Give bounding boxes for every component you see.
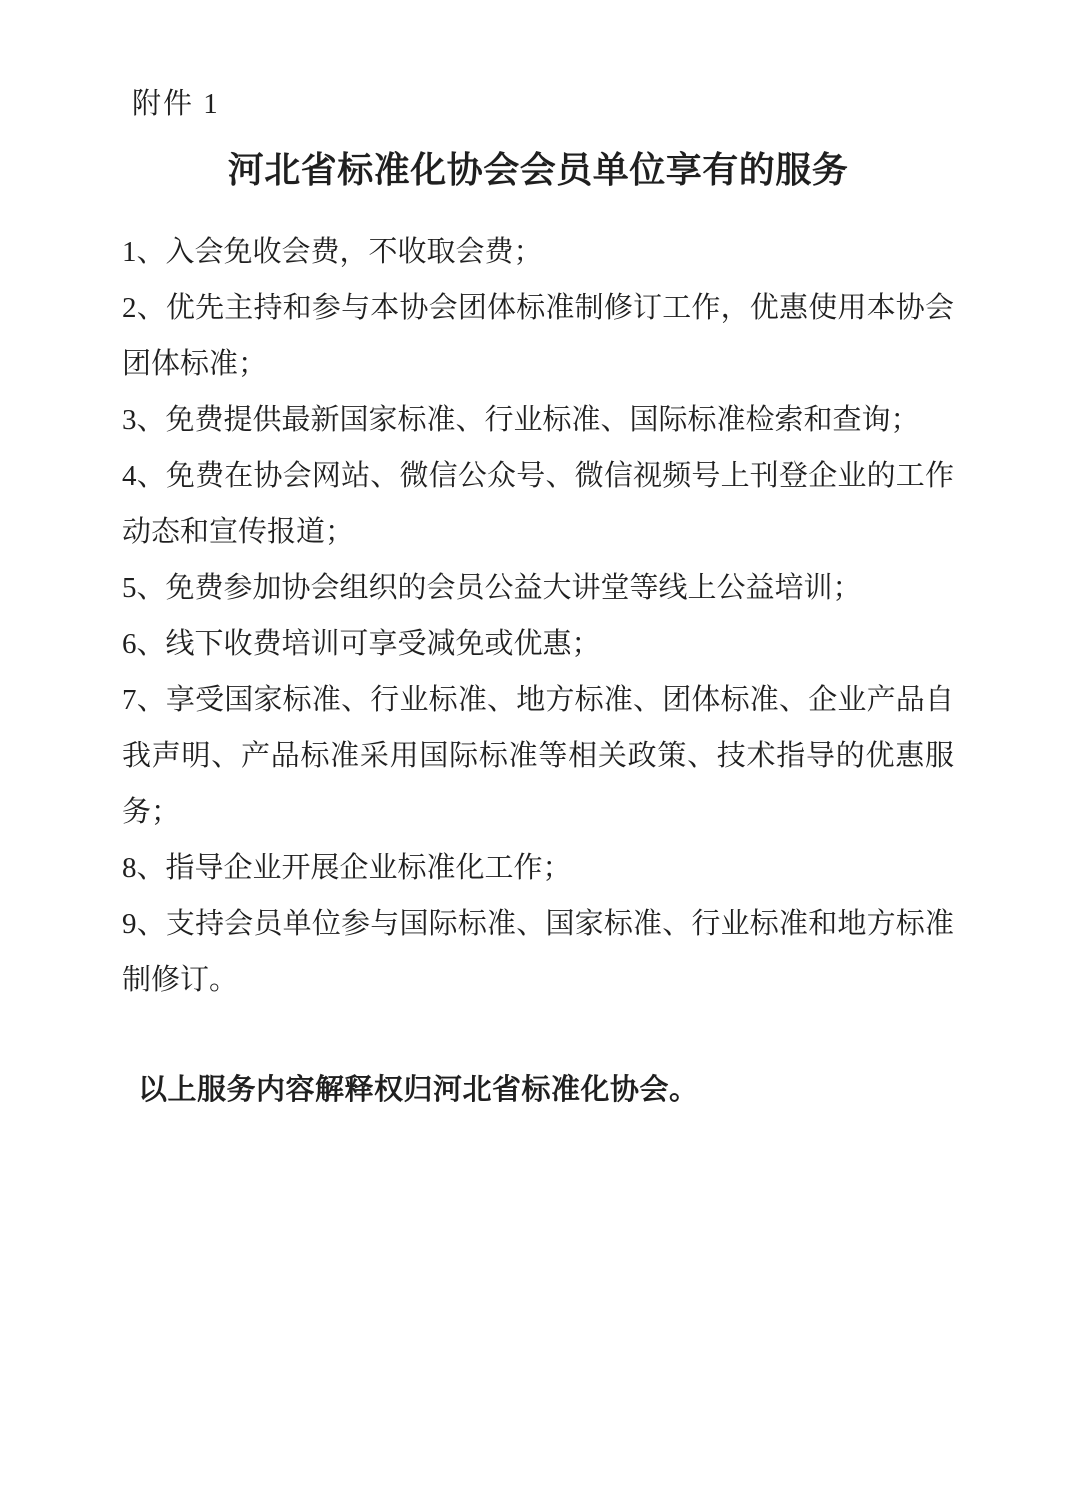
document-title: 河北省标准化协会会员单位享有的服务 [122,148,954,192]
service-list-item: 9、支持会员单位参与国际标准、国家标准、行业标准和地方标准制修订。 [122,896,954,1008]
attachment-label: 附件 1 [122,86,954,122]
document-page: 附件 1 河北省标准化协会会员单位享有的服务 1、入会免收会费，不收取会费；2、… [0,0,1070,1496]
document-body: 附件 1 河北省标准化协会会员单位享有的服务 1、入会免收会费，不收取会费；2、… [0,0,1070,1118]
service-list-item: 7、享受国家标准、行业标准、地方标准、团体标准、企业产品自我声明、产品标准采用国… [122,672,954,840]
services-list: 1、入会免收会费，不收取会费；2、优先主持和参与本协会团体标准制修订工作，优惠使… [122,224,954,1008]
footer-note: 以上服务内容解释权归河北省标准化协会。 [122,1062,954,1118]
service-list-item: 4、免费在协会网站、微信公众号、微信视频号上刊登企业的工作动态和宣传报道； [122,448,954,560]
service-list-item: 5、免费参加协会组织的会员公益大讲堂等线上公益培训； [122,560,954,616]
service-list-item: 8、指导企业开展企业标准化工作； [122,840,954,896]
service-list-item: 2、优先主持和参与本协会团体标准制修订工作，优惠使用本协会团体标准； [122,280,954,392]
service-list-item: 6、线下收费培训可享受减免或优惠； [122,616,954,672]
service-list-item: 3、免费提供最新国家标准、行业标准、国际标准检索和查询； [122,392,954,448]
service-list-item: 1、入会免收会费，不收取会费； [122,224,954,280]
